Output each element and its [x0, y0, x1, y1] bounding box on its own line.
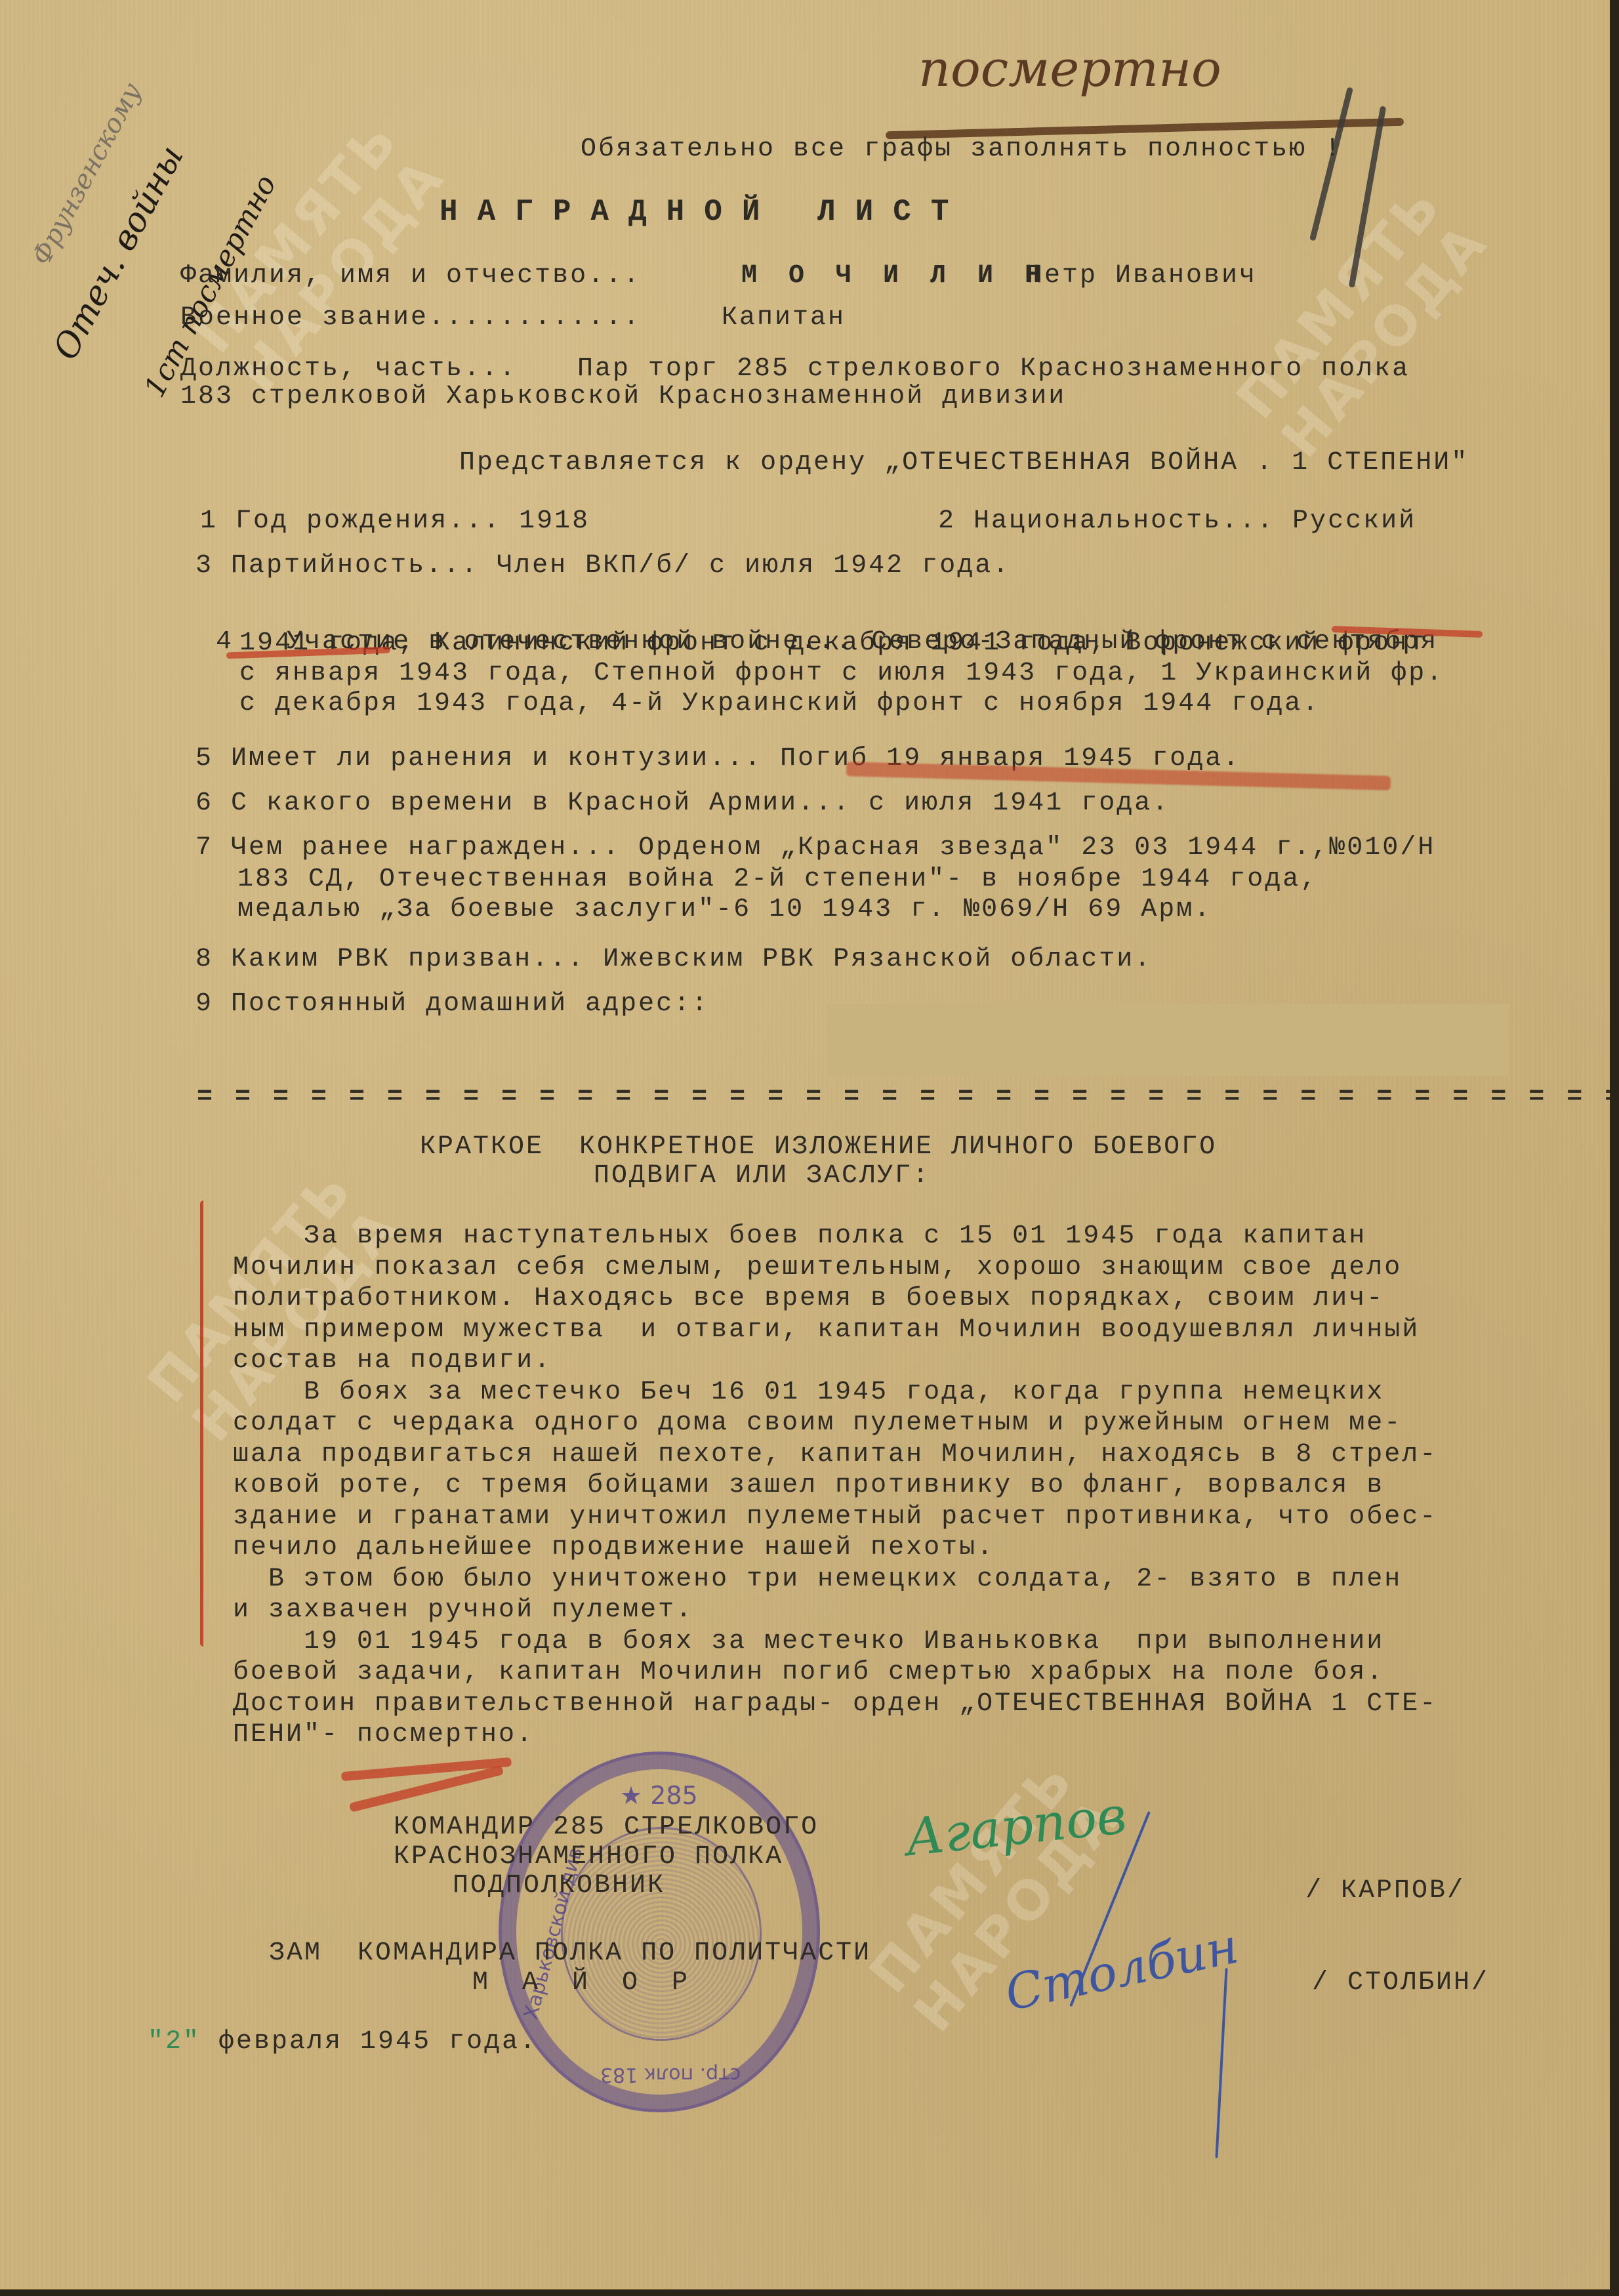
- item-6-army-since: 6 С какого времени в Красной Армии... с …: [195, 789, 1170, 819]
- field-name-given: Петр Иванович: [1027, 261, 1257, 291]
- item-8-conscription-office: 8 Каким РВК призван... Ижевским РВК Ряза…: [195, 945, 1152, 975]
- field-position-label: Должность, часть...: [180, 354, 517, 384]
- mandatory-fields-notice: Обязательно все графы заполнять полность…: [581, 134, 1342, 165]
- item-4-line: 1941 года, Калининский фронт с декабря 1…: [239, 628, 1426, 659]
- regiment-seal-stamp: ★ 285 Харьковской див. стр. полк 183: [499, 1752, 820, 2112]
- summary-line: В этом бою было уничтожено три немецких …: [233, 1565, 1402, 1595]
- stamp-ring-text: ★ 285: [620, 1781, 698, 1810]
- summary-line: Мочилин показал себя смелым, решительным…: [233, 1253, 1402, 1283]
- item-7-line: медалью „За боевые заслуги"-6 10 1943 г.…: [237, 895, 1212, 925]
- commander-title: КРАСНОЗНАМЕННОГО ПОЛКА: [394, 1842, 783, 1872]
- summary-line: состав на подвиги.: [233, 1346, 552, 1376]
- summary-line: политработником. Находясь все время в бо…: [233, 1284, 1384, 1314]
- deputy-commander-title: ЗАМ КОМАНДИРА ПОЛКА ПО ПОЛИТЧАСТИ: [269, 1938, 871, 1969]
- summary-line: В боях за местечко Беч 16 01 1945 года, …: [233, 1378, 1384, 1408]
- summary-line: шала продвигаться нашей пехоте, капитан …: [233, 1440, 1437, 1470]
- item-4-line: с января 1943 года, Степной фронт с июля…: [239, 659, 1444, 689]
- document-title: НАГРАДНОЙ ЛИСТ: [440, 197, 968, 227]
- summary-line: За время наступательных боев полка с 15 …: [233, 1221, 1366, 1252]
- scan-edge: [0, 2289, 1619, 2296]
- field-name-surname: М О Ч И Л И Н: [741, 261, 1048, 291]
- red-margin-bracket: [200, 1200, 203, 1647]
- field-name-label: Фамилия, имя и отчество...: [180, 261, 641, 291]
- field-position-line1: Пар торг 285 стрелкового Краснознаменног…: [577, 354, 1410, 384]
- commander-name: / КАРПОВ/: [1305, 1876, 1465, 1906]
- item-9-home-address: 9 Постоянный домашний адрес::: [195, 989, 709, 1019]
- field-rank-value: Капитан: [722, 303, 846, 333]
- commander-rank: ПОДПОЛКОВНИК: [453, 1871, 665, 1901]
- deputy-commander-rank: М А Й О Р: [472, 1968, 697, 1998]
- scan-edge: [1610, 0, 1619, 2296]
- summary-heading: ПОДВИГА ИЛИ ЗАСЛУГ:: [594, 1161, 930, 1191]
- item-3-party: 3 Партийность... Член ВКП/б/ с июля 1942…: [195, 551, 1010, 581]
- commander-title: КОМАНДИР 285 СТРЕЛКОВОГО: [394, 1813, 819, 1843]
- redacted-address-block: [827, 1004, 1509, 1076]
- field-rank-label: Военное звание............: [180, 303, 641, 333]
- stamp-ring-text: стр. полк 183: [600, 2063, 741, 2086]
- summary-line: ПЕНИ"- посмертно.: [233, 1720, 534, 1750]
- nominated-award: Представляется к ордену „ОТЕЧЕСТВЕННАЯ В…: [459, 448, 1469, 478]
- summary-line: и захвачен ручной пулемет.: [233, 1595, 693, 1626]
- summary-line: солдат с чердака одного дома своим пулем…: [233, 1408, 1402, 1439]
- summary-line: боевой задачи, капитан Мочилин погиб сме…: [233, 1658, 1384, 1688]
- field-position-line2: 183 стрелковой Харьковской Краснознаменн…: [180, 382, 1066, 412]
- summary-line: печило дальнейшее продвижение нашей пехо…: [233, 1533, 994, 1563]
- summary-line: 19 01 1945 года в боях за местечко Ивань…: [233, 1627, 1384, 1657]
- summary-heading: КРАТКОЕ КОНКРЕТНОЕ ИЗЛОЖЕНИЕ ЛИЧНОГО БОЕ…: [420, 1132, 1217, 1162]
- summary-line: ковой роте, с тремя бойцами зашел против…: [233, 1471, 1384, 1501]
- summary-line: Достоин правительственной награды- орден…: [233, 1689, 1437, 1719]
- item-2-nationality: 2 Национальность... Русский: [938, 506, 1416, 537]
- summary-line: ным примером мужества и отваги, капитан …: [233, 1315, 1420, 1345]
- section-divider: = = = = = = = = = = = = = = = = = = = = …: [197, 1082, 1619, 1113]
- document-date: "2" февраля 1945 года.: [148, 2027, 537, 2057]
- item-4-line: с декабря 1943 года, 4-й Украинский фрон…: [239, 689, 1320, 719]
- summary-line: здание и гранатами уничтожил пулеметный …: [233, 1502, 1437, 1532]
- deputy-commander-name: / СТОЛБИН/: [1312, 1968, 1489, 1998]
- handwritten-posthumously-note: посмертно: [918, 39, 1221, 98]
- item-7-prior-awards: 7 Чем ранее награжден... Орденом „Красна…: [195, 833, 1435, 863]
- item-7-line: 183 СД, Отечественная война 2-й степени"…: [237, 865, 1318, 895]
- item-1-birth-year: 1 Год рождения... 1918: [200, 506, 590, 537]
